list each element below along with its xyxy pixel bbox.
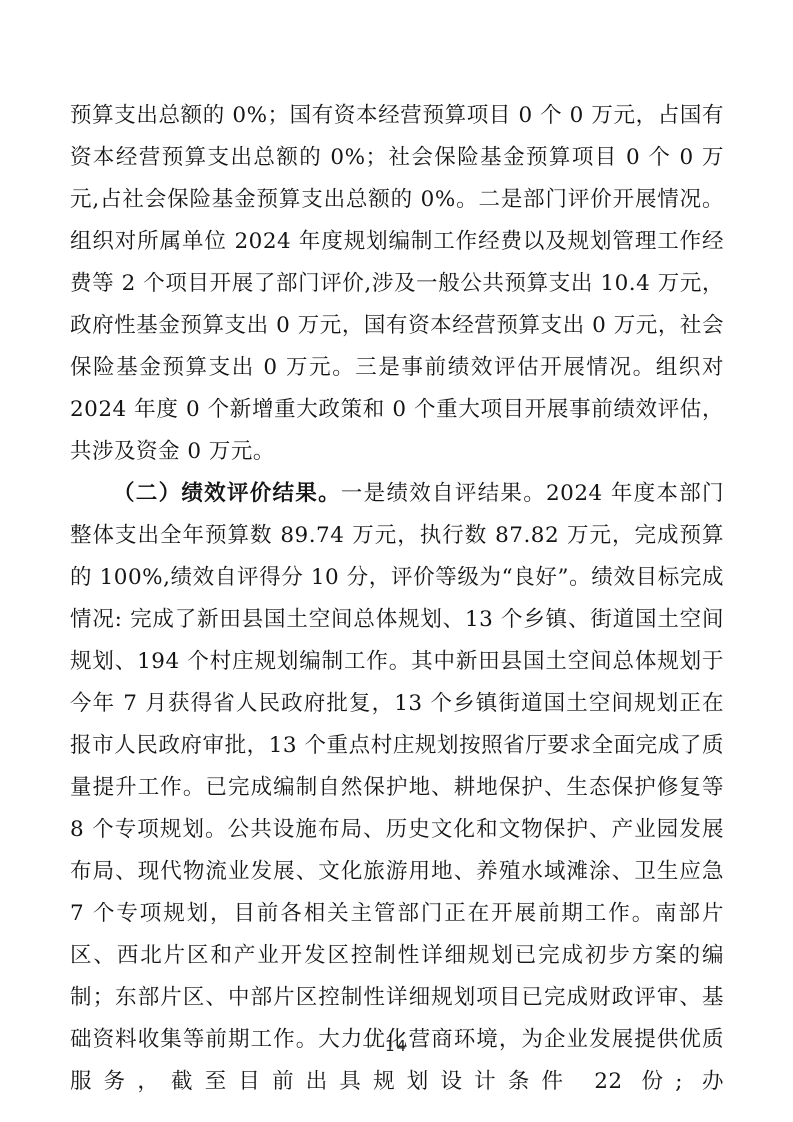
document-page: 预算支出总额的 0%；国有资本经营预算项目 0 个 0 万元，占国有资本经营预算…: [0, 0, 793, 1122]
page-number: － 14 －: [0, 1036, 793, 1056]
paragraph-budget-evaluation-text: 预算支出总额的 0%；国有资本经营预算项目 0 个 0 万元，占国有资本经营预算…: [70, 103, 724, 464]
paragraph-budget-evaluation: 预算支出总额的 0%；国有资本经营预算项目 0 个 0 万元，占国有资本经营预算…: [70, 95, 724, 473]
document-body: 预算支出总额的 0%；国有资本经营预算项目 0 个 0 万元，占国有资本经营预算…: [70, 95, 724, 1103]
paragraph-performance-results: （二）绩效评价结果。一是绩效自评结果。2024 年度本部门整体支出全年预算数 8…: [70, 473, 724, 1103]
section-heading-performance-results: （二）绩效评价结果。: [113, 481, 341, 506]
paragraph-performance-results-text: 一是绩效自评结果。2024 年度本部门整体支出全年预算数 89.74 万元，执行…: [70, 481, 724, 1094]
